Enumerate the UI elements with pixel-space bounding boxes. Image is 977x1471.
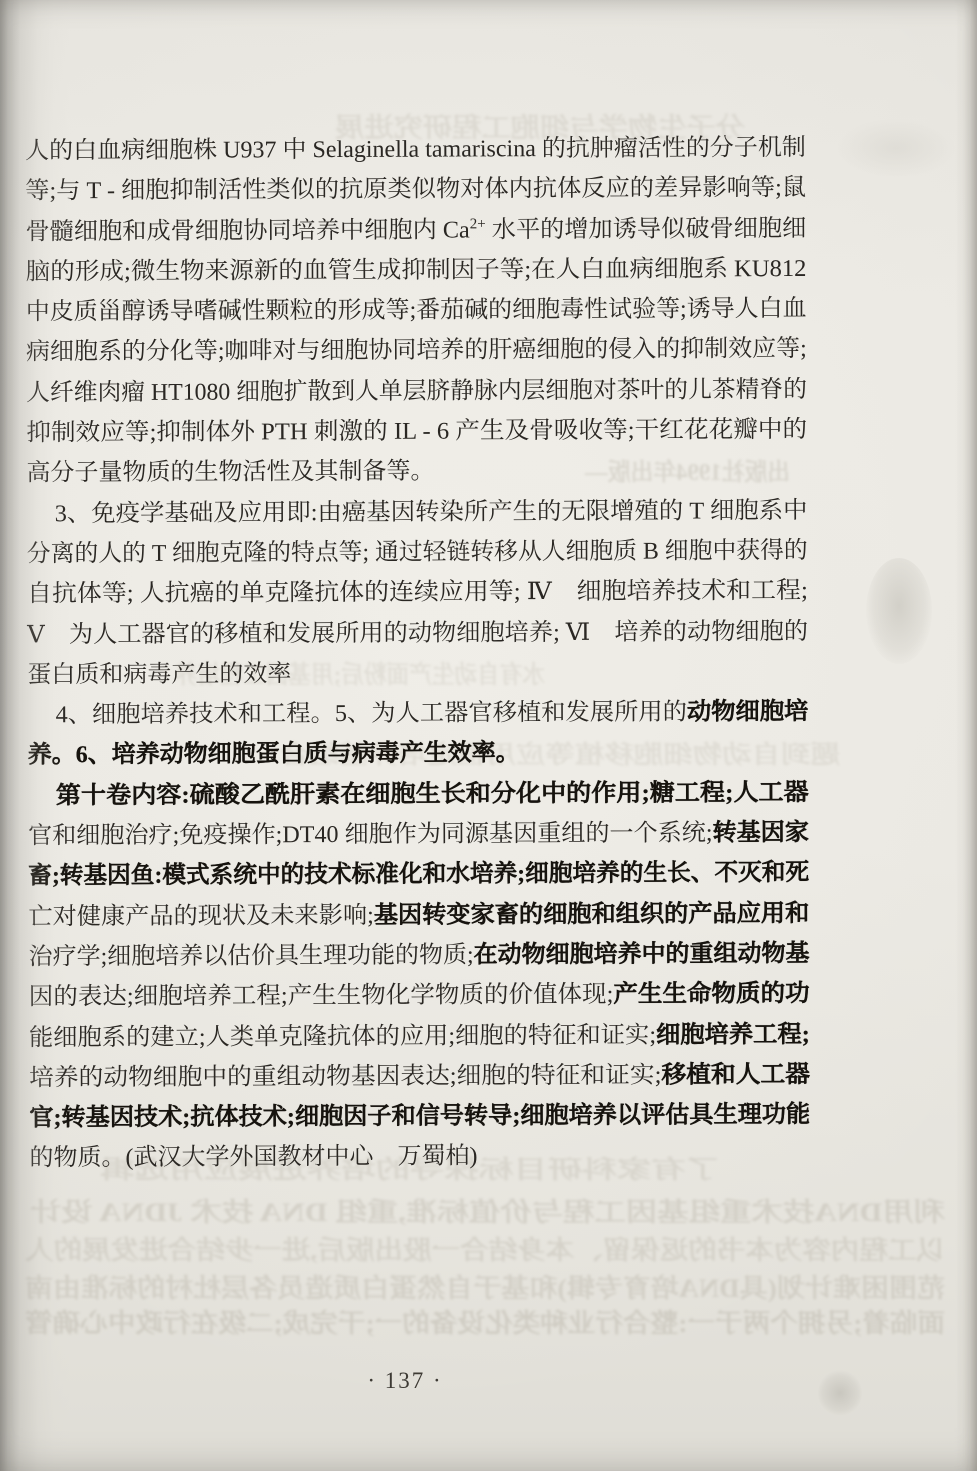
paper-stain bbox=[866, 558, 932, 664]
text-line: 骨髓细胞和成骨细胞协同培养中细胞内 Ca2+ 水平的增加诱导似破骨细胞细 bbox=[25, 209, 806, 253]
text-line: 官;转基因技术;抗体技术;细胞因子和信号转导;细胞培养以评估具生理功能 bbox=[29, 1095, 810, 1139]
text-line: 能细胞系的建立;人类单克隆抗体的应用;细胞的特征和证实;细胞培养工程; bbox=[29, 1014, 810, 1058]
text-line: 脑的形成;微生物来源新的血管生成抑制因子等;在人白血病细胞系 KU812 bbox=[26, 249, 807, 293]
text-line: 官和细胞治疗;免疫操作;DT40 细胞作为同源基因重组的一个系统;转基因家 bbox=[28, 813, 809, 857]
text-line: 人的白血病细胞株 U937 中 Selaginella tamariscina … bbox=[25, 128, 806, 172]
text-line: 的物质。(武汉大学外国教材中心 万蜀柏) bbox=[29, 1135, 810, 1179]
text-line: 蛋白质和病毒产生的效率 bbox=[27, 652, 808, 696]
text-line: 中皮质甾醇诱导嗜碱性颗粒的形成等;番茄碱的细胞毒性试验等;诱导人白血 bbox=[26, 289, 807, 333]
page-footer: · 137 · bbox=[315, 1368, 495, 1394]
page-edge-shadow bbox=[955, 0, 977, 1471]
paper-stain bbox=[818, 1370, 862, 1416]
text-line: 因的表达;细胞培养工程;产生生物化学物质的价值体现;产生生命物质的功 bbox=[29, 974, 810, 1018]
text-line: 3、免疫学基础及应用即:由癌基因转染所产生的无限增殖的 T 细胞系中 bbox=[27, 491, 808, 535]
page-number: · 137 · bbox=[367, 1368, 442, 1393]
text-line: 第十卷内容:硫酸乙酰肝素在细胞生长和分化中的作用;糖工程;人工器 bbox=[28, 773, 809, 817]
text-line: 亡对健康产品的现状及未来影响;基因转变家畜的细胞和组织的产品应用和 bbox=[28, 894, 809, 938]
paper-stain bbox=[836, 118, 956, 178]
bleedthrough-text: 以工程内容为本书的返保留、本身结合一股出版后,进一步结合进发展的人 bbox=[25, 1230, 945, 1267]
text-line: 等;与 T - 细胞抑制活性类似的抗原类似物对体内抗体反应的差异影响等;鼠 bbox=[25, 168, 806, 212]
text-line: 病细胞系的分化等;咖啡对与细胞协同培养的肝癌细胞的侵入的抑制效应等; bbox=[26, 329, 807, 373]
text-line: 人纤维肉瘤 HT1080 细胞扩散到人单层脐静脉内层细胞对茶叶的儿茶精脊的 bbox=[26, 370, 807, 414]
text-line: 分离的人的 T 细胞克隆的特点等; 通过轻链转移从人细胞质 B 细胞中获得的 bbox=[27, 531, 808, 575]
text-line: 4、细胞培养技术和工程。5、为人工器官移植和发展所用的动物细胞培 bbox=[27, 692, 808, 736]
text-line: 畜;转基因鱼:模式系统中的技术标准化和水培养;细胞培养的生长、不灭和死 bbox=[28, 853, 809, 897]
text-line: 抑制效应等;抑制体外 PTH 刺激的 IL - 6 产生及骨吸收等;干红花花瓣中… bbox=[26, 410, 807, 454]
text-line: 培养的动物细胞中的重组动物基因表达;细胞的特征和证实;移植和人工器 bbox=[29, 1055, 810, 1099]
book-page-scan: 分子生物学与细胞工程研究进展出版社1994年出版—水有自动生产面粉后;用基因工程… bbox=[0, 0, 977, 1471]
bleedthrough-text: 利用DNA技术重组基因工程与价值标准,重组 DNA 技术 JDNA 设计 bbox=[30, 1192, 945, 1229]
text-line: 高分子量物质的生物活性及其制备等。 bbox=[26, 450, 807, 494]
text-line: 养。6、培养动物细胞蛋白质与病毒产生效率。 bbox=[28, 732, 809, 776]
bleedthrough-text: 面临着;另拥个两于一:整合行业种类化设备的一;干完成;二级在行政中心确管 bbox=[25, 1303, 945, 1340]
text-line: Ⅴ 为人工器官的移植和发展所用的动物细胞培养; Ⅵ 培养的动物细胞的 bbox=[27, 612, 808, 656]
text-line: 治疗学;细胞培养以估价具生理功能的物质;在动物细胞培养中的重组动物基 bbox=[29, 934, 810, 978]
body-text: 人的白血病细胞株 U937 中 Selaginella tamariscina … bbox=[25, 128, 811, 1179]
text-line: 自抗体等; 人抗癌的单克隆抗体的连续应用等; Ⅳ 细胞培养技术和工程; bbox=[27, 571, 808, 615]
bleedthrough-text: 范围困难计划(具DNA培育专辑)和基于自然蛋白质造员各层杜村的标准由南 bbox=[25, 1268, 945, 1305]
